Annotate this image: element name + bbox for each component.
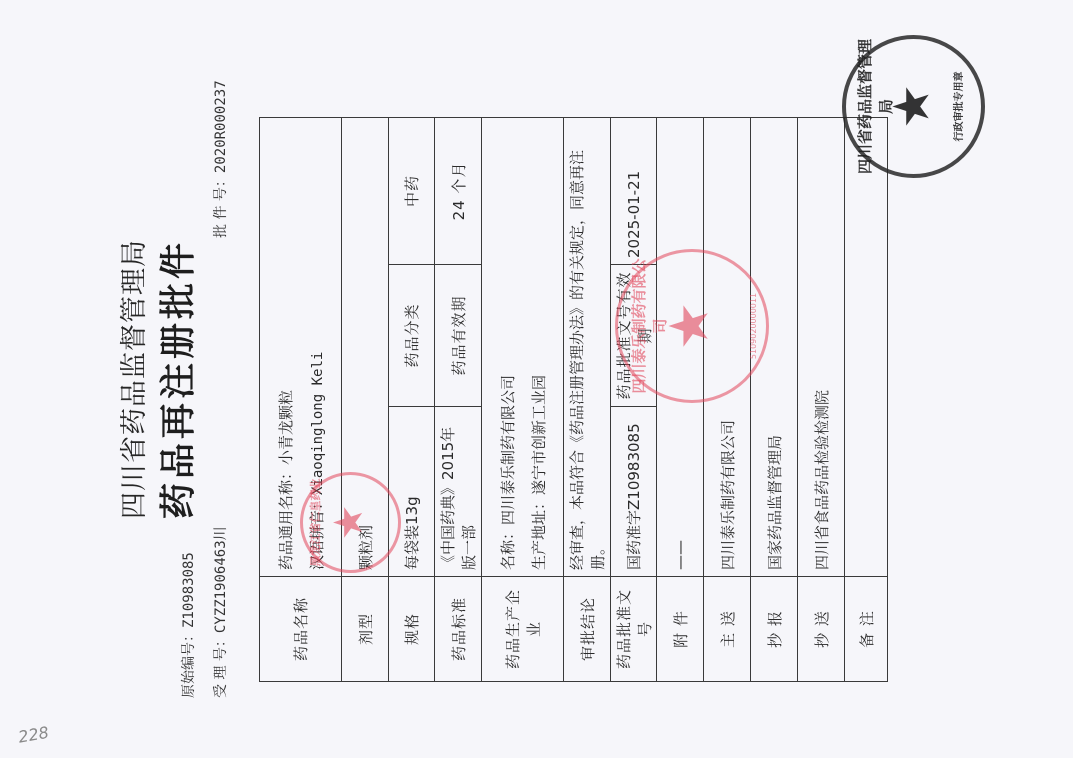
- approval-document-number-value: 2020R000237: [213, 80, 229, 173]
- dosage-form-value: 颗粒剂: [342, 117, 389, 576]
- row-specification: 规格 每袋装13g 药品分类 中药: [389, 117, 435, 681]
- report-to-value: 国家药品监督管理局: [751, 117, 798, 576]
- row-dosage-form: 剂型 颗粒剂: [342, 117, 389, 681]
- document-page: 228 四川省药品监督管理局 药品再注册批件 原始编号：Z10983085 受 …: [0, 0, 1073, 758]
- shelf-life-value: 24 个月: [435, 117, 482, 264]
- acceptance-number-label: 受 理 号：: [213, 633, 229, 698]
- row-copy-to: 抄 送 四川省食品药品检验检测院: [798, 117, 845, 681]
- handwritten-note: 228: [17, 723, 50, 747]
- main-recipient-value: 四川泰乐制药有限公司: [704, 117, 751, 576]
- approval-validity-value: 2025-01-21: [611, 117, 657, 264]
- row-standard: 药品标准 《中国药典》2015年版一部 药品有效期 24 个月: [435, 117, 482, 681]
- generic-name-label: 药品通用名称：: [277, 465, 295, 570]
- remarks-value: [845, 117, 888, 576]
- approval-number-label: 药品批准文号: [611, 577, 657, 682]
- approval-document-number: 批 件 号：2020R000237: [210, 80, 230, 238]
- drug-name-value: 药品通用名称：小青龙颗粒 汉语拼音：Xiaoqinglong Keli: [260, 117, 342, 576]
- approval-form-table: 药品名称 药品通用名称：小青龙颗粒 汉语拼音：Xiaoqinglong Keli…: [259, 117, 888, 682]
- category-value: 中药: [389, 117, 435, 264]
- manufacturer-label: 药品生产企业: [482, 577, 564, 682]
- row-conclusion: 审批结论 经审查，本品符合《药品注册管理办法》的有关规定，同意再注册。: [564, 117, 611, 681]
- acceptance-number: 受 理 号：CYZZ1906463川: [210, 526, 230, 698]
- main-recipient-label: 主 送: [704, 577, 751, 682]
- issuer-heading: 四川省药品监督管理局: [112, 0, 151, 758]
- copy-to-value: 四川省食品药品检验检测院: [798, 117, 845, 576]
- original-number: 原始编号：Z10983085: [178, 552, 198, 698]
- original-number-label: 原始编号：: [181, 628, 197, 698]
- manufacturer-value: 名称：四川泰乐制药有限公司 生产地址：遂宁市创新工业园: [482, 117, 564, 576]
- row-main-recipient: 主 送 四川泰乐制药有限公司: [704, 117, 751, 681]
- row-drug-name: 药品名称 药品通用名称：小青龙颗粒 汉语拼音：Xiaoqinglong Keli: [260, 117, 342, 681]
- report-to-label: 抄 报: [751, 577, 798, 682]
- manufacturer-name: 四川泰乐制药有限公司: [499, 375, 517, 525]
- pinyin-label: 汉语拼音：: [308, 495, 326, 570]
- dosage-form-label: 剂型: [342, 577, 389, 682]
- official-seal-subtext: 行政审批专用章: [950, 39, 965, 174]
- standard-value: 《中国药典》2015年版一部: [435, 407, 482, 577]
- row-attachment: 附 件 ——: [657, 117, 704, 681]
- copy-to-label: 抄 送: [798, 577, 845, 682]
- attachment-value: ——: [657, 117, 704, 576]
- manufacturer-address-label: 生产地址：: [530, 495, 548, 570]
- conclusion-value: 经审查，本品符合《药品注册管理办法》的有关规定，同意再注册。: [564, 117, 611, 576]
- original-number-value: Z10983085: [181, 552, 197, 628]
- specification-value: 每袋装13g: [389, 407, 435, 577]
- category-label: 药品分类: [389, 265, 435, 407]
- row-approval-number: 药品批准文号 国药准字Z10983085 药品批准文号有效期 2025-01-2…: [611, 117, 657, 681]
- generic-name: 小青龙颗粒: [277, 390, 295, 465]
- standard-label: 药品标准: [435, 577, 482, 682]
- pinyin: Xiaoqinglong Keli: [310, 352, 326, 495]
- drug-name-label: 药品名称: [260, 577, 342, 682]
- acceptance-number-value: CYZZ1906463川: [213, 526, 229, 633]
- conclusion-label: 审批结论: [564, 577, 611, 682]
- row-manufacturer: 药品生产企业 名称：四川泰乐制药有限公司 生产地址：遂宁市创新工业园: [482, 117, 564, 681]
- star-icon: ★: [886, 84, 936, 129]
- row-report-to: 抄 报 国家药品监督管理局: [751, 117, 798, 681]
- remarks-label: 备 注: [845, 577, 888, 682]
- approval-document-number-label: 批 件 号：: [213, 173, 229, 238]
- manufacturer-address: 遂宁市创新工业园: [530, 375, 548, 495]
- manufacturer-name-label: 名称：: [499, 525, 517, 570]
- approval-number-value: 国药准字Z10983085: [611, 407, 657, 577]
- row-remarks: 备 注: [845, 117, 888, 681]
- attachment-label: 附 件: [657, 577, 704, 682]
- shelf-life-label: 药品有效期: [435, 265, 482, 407]
- approval-validity-label: 药品批准文号有效期: [611, 265, 657, 407]
- specification-label: 规格: [389, 577, 435, 682]
